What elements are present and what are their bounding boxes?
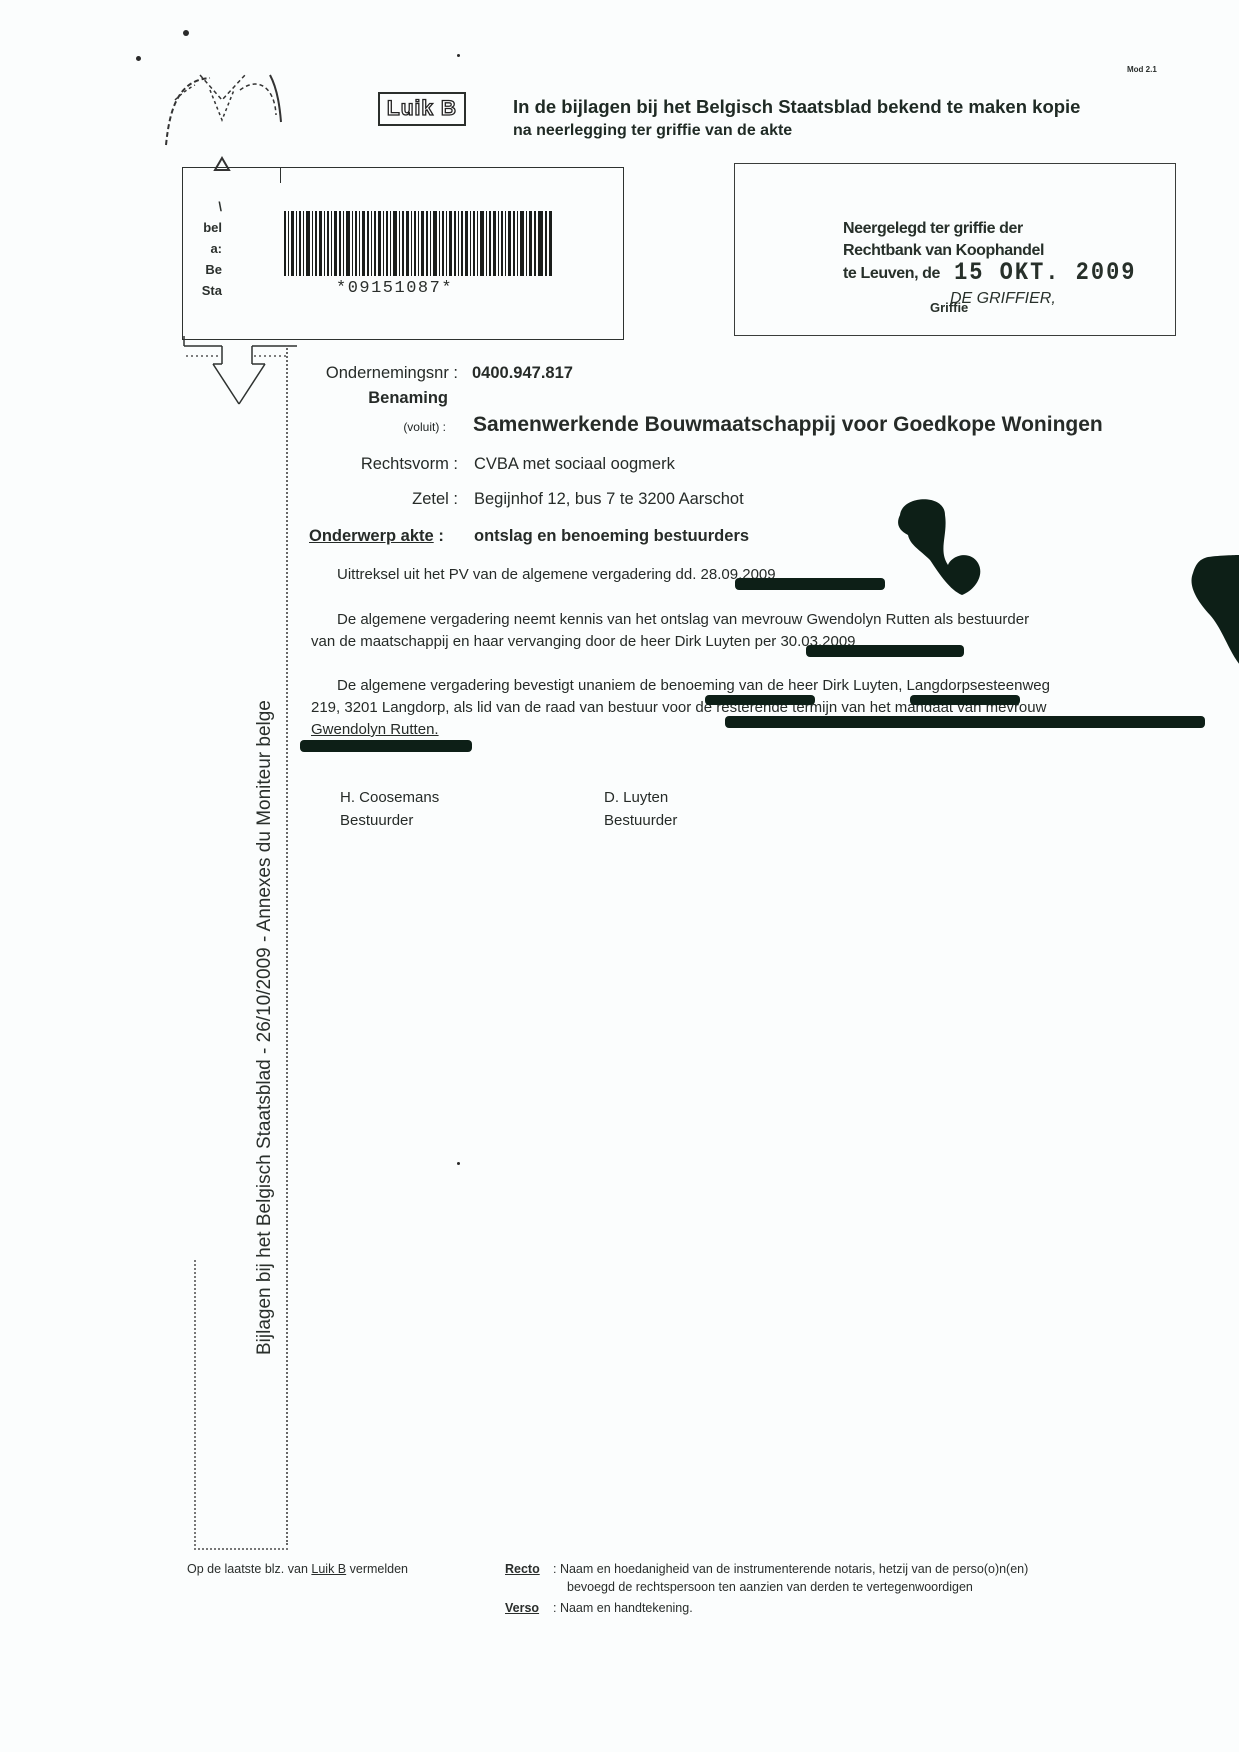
rechtsvorm-label: Rechtsvorm : (288, 455, 458, 474)
redaction-blob (1188, 555, 1239, 665)
griffier-signature: DE GRIFFIER, (950, 290, 1056, 308)
filing-stamp: Neergelegd ter griffie der Rechtbank van… (843, 218, 1137, 285)
redaction-mark (735, 578, 885, 590)
recto-text-line2: bevoegd de rechtspersoon ten aanzien van… (567, 1580, 973, 1594)
cut-off-stub-text: \ bel a: Be Sta (192, 196, 222, 301)
voluit-label: (voluit) : (380, 420, 446, 434)
verso-text: : Naam en handtekening. (553, 1601, 693, 1615)
footer-note-prefix: Op de laatste blz. van (187, 1562, 308, 1576)
redaction-mark (910, 695, 1020, 705)
signatory-1-role: Bestuurder (340, 809, 413, 832)
signatory-1-name: H. Coosemans (340, 786, 439, 809)
moniteur-logo-icon (160, 70, 290, 180)
scan-speck (183, 30, 189, 36)
stub-line: Sta (192, 280, 222, 301)
stub-line: \ (192, 196, 222, 217)
onderwerp-label-text: Onderwerp akte (309, 527, 434, 545)
divider (280, 167, 281, 183)
zetel-value: Begijnhof 12, bus 7 te 3200 Aarschot (474, 490, 744, 509)
signatory-2-role: Bestuurder (604, 809, 677, 832)
paragraph-extract: Uittreksel uit het PV van de algemene ve… (337, 563, 776, 586)
separator: : (438, 527, 444, 545)
benaming-label: Benaming (278, 389, 448, 408)
redaction-mark (705, 695, 815, 705)
stamp-line: Neergelegd ter griffie der (843, 218, 1137, 240)
redaction-mark (300, 740, 472, 752)
footer-note-suffix: vermelden (350, 1562, 408, 1576)
verso-label: Verso (505, 1601, 539, 1615)
stub-line: bel (192, 217, 222, 238)
barcode-number: *09151087* (336, 279, 453, 298)
stub-line: Be (192, 259, 222, 280)
paragraph-appointment-line3: Gwendolyn Rutten. (311, 718, 439, 741)
recto-text-line1: : Naam en hoedanigheid van de instrument… (553, 1562, 1028, 1576)
paragraph-appointment-line1: De algemene vergadering bevestigt unanie… (337, 674, 1050, 697)
form-code: Mod 2.1 (1127, 65, 1157, 74)
scan-speck (136, 56, 141, 61)
redaction-blob (890, 495, 1000, 605)
ondernemingsnr-label: Ondernemingsnr : (288, 364, 458, 383)
redaction-mark (725, 716, 1205, 728)
scan-speck (457, 54, 460, 57)
barcode-icon (284, 211, 554, 276)
stamp-date: 15 OKT. 2009 (954, 260, 1136, 285)
margin-dotted-line (286, 345, 288, 1545)
footer-luik-link: Luik B (311, 1562, 346, 1576)
margin-dotted-line (194, 1260, 196, 1550)
stamp-place: te Leuven, de (843, 265, 940, 282)
page-title: In de bijlagen bij het Belgisch Staatsbl… (513, 96, 1080, 118)
onderwerp-akte-value: ontslag en benoeming bestuurders (474, 527, 749, 546)
rechtsvorm-value: CVBA met sociaal oogmerk (474, 455, 675, 474)
company-name: Samenwerkende Bouwmaatschappij voor Goed… (473, 413, 1103, 437)
paragraph-resignation-line2: van de maatschappij en haar vervanging d… (311, 630, 856, 653)
margin-dotted-line (194, 1548, 288, 1550)
redaction-mark (806, 645, 964, 657)
stamp-line: te Leuven, de15 OKT. 2009 (843, 262, 1137, 285)
stub-line: a: (192, 238, 222, 259)
signatory-2-name: D. Luyten (604, 786, 668, 809)
page-subtitle: na neerlegging ter griffie van de akte (513, 122, 792, 140)
recto-label: Recto (505, 1562, 540, 1576)
ondernemingsnr-value: 0400.947.817 (472, 364, 573, 383)
vertical-publication-label: Bijlagen bij het Belgisch Staatsblad - 2… (254, 700, 276, 1355)
scan-speck (457, 1162, 460, 1165)
section-badge: Luik B (378, 92, 466, 126)
zetel-label: Zetel : (288, 490, 458, 509)
footer-note: Op de laatste blz. van Luik B vermelden (187, 1562, 408, 1576)
onderwerp-akte-label: Onderwerp akte : (309, 527, 444, 546)
paragraph-resignation-line1: De algemene vergadering neemt kennis van… (337, 608, 1029, 631)
